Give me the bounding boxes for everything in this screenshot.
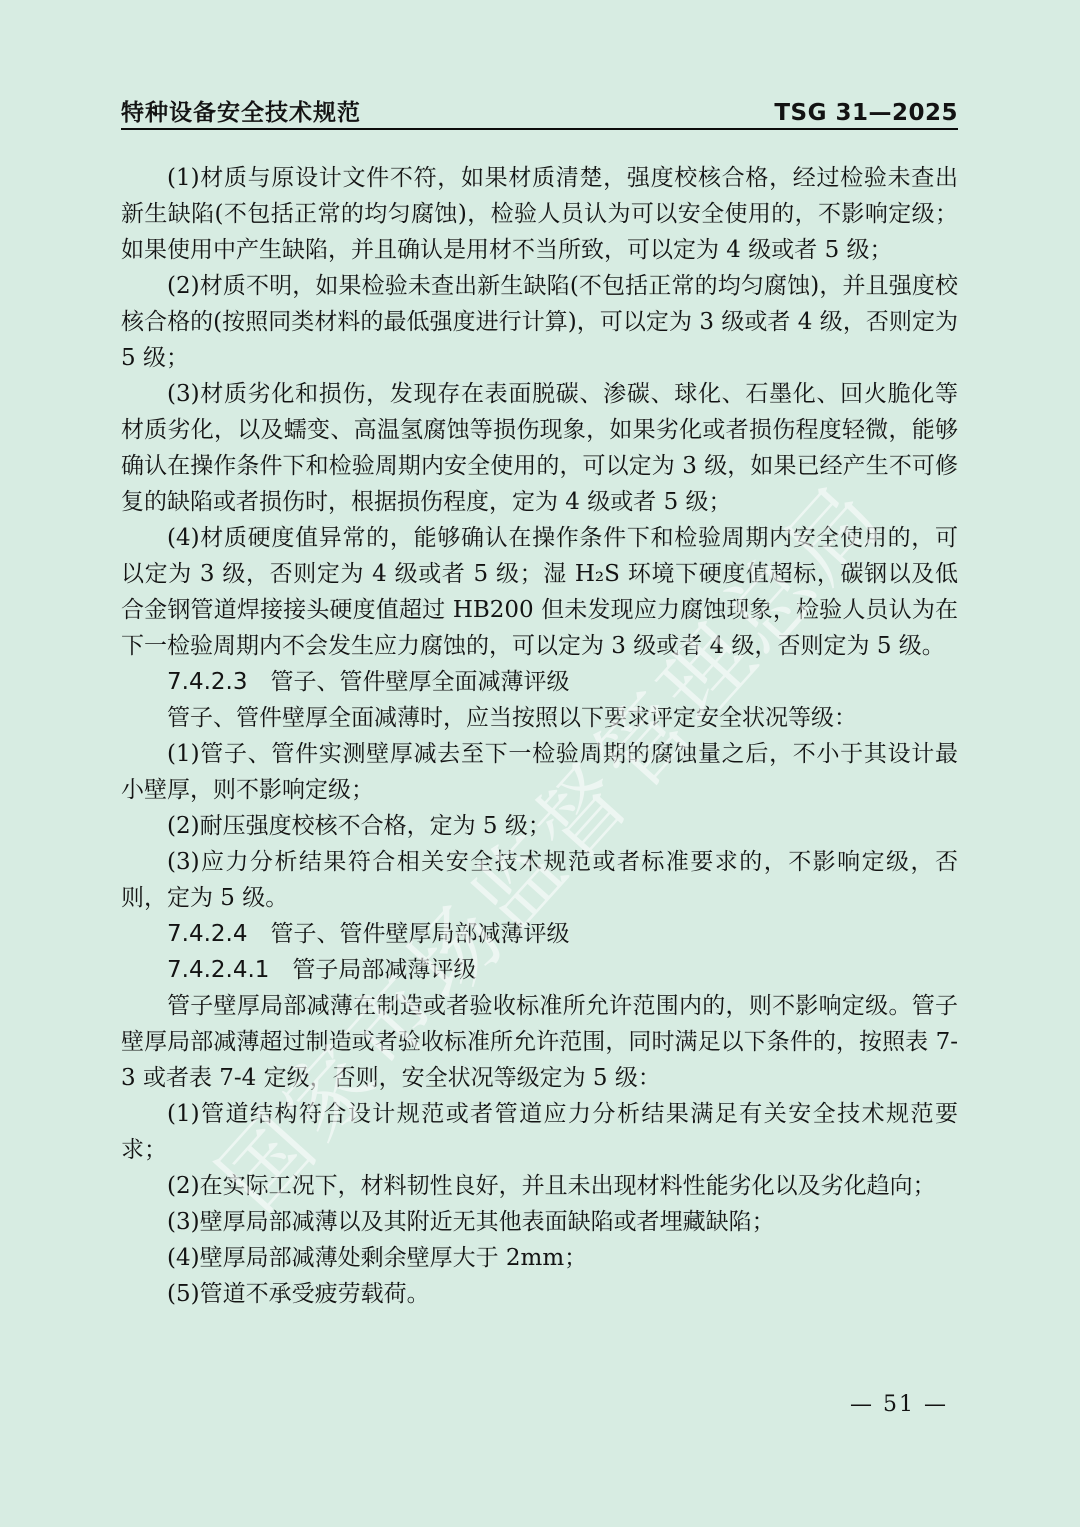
paragraph-local-item-3: (3)壁厚局部减薄以及其附近无其他表面缺陷或者埋藏缺陷； <box>121 1204 958 1240</box>
paragraph-local-item-1: (1)管道结构符合设计规范或者管道应力分析结果满足有关安全技术规范要求； <box>121 1096 958 1168</box>
section-heading-7424: 7.4.2.4 管子、管件壁厚局部减薄评级 <box>121 916 958 952</box>
paragraph-overall-thinning-intro: 管子、管件壁厚全面减薄时，应当按照以下要求评定安全状况等级： <box>121 700 958 736</box>
page-number: — 51 — <box>850 1392 948 1417</box>
paragraph-hardness-abnormal: (4)材质硬度值异常的，能够确认在操作条件下和检验周期内安全使用的，可以定为 3… <box>121 520 958 664</box>
paragraph-overall-item-3: (3)应力分析结果符合相关安全技术规范或者标准要求的，不影响定级，否则，定为 5… <box>121 844 958 916</box>
document-body: (1)材质与原设计文件不符，如果材质清楚，强度校核合格，经过检验未查出新生缺陷(… <box>121 160 958 1312</box>
paragraph-material-degradation: (3)材质劣化和损伤，发现存在表面脱碳、渗碳、球化、石墨化、回火脆化等材质劣化，… <box>121 376 958 520</box>
document-page: 特种设备安全技术规范 TSG 31—2025 (1)材质与原设计文件不符，如果材… <box>0 0 1080 1527</box>
paragraph-material-mismatch: (1)材质与原设计文件不符，如果材质清楚，强度校核合格，经过检验未查出新生缺陷(… <box>121 160 958 268</box>
section-heading-7423: 7.4.2.3 管子、管件壁厚全面减薄评级 <box>121 664 958 700</box>
paragraph-local-item-2: (2)在实际工况下，材料韧性良好，并且未出现材料性能劣化以及劣化趋向； <box>121 1168 958 1204</box>
paragraph-local-item-5: (5)管道不承受疲劳载荷。 <box>121 1276 958 1312</box>
page-header: 特种设备安全技术规范 TSG 31—2025 <box>121 94 958 127</box>
header-document-code: TSG 31—2025 <box>774 100 958 126</box>
paragraph-overall-item-2: (2)耐压强度校核不合格，定为 5 级； <box>121 808 958 844</box>
section-heading-74241: 7.4.2.4.1 管子局部减薄评级 <box>121 952 958 988</box>
paragraph-local-thinning-intro: 管子壁厚局部减薄在制造或者验收标准所允许范围内的，则不影响定级。管子壁厚局部减薄… <box>121 988 958 1096</box>
paragraph-local-item-4: (4)壁厚局部减薄处剩余壁厚大于 2mm； <box>121 1240 958 1276</box>
header-title: 特种设备安全技术规范 <box>121 94 361 127</box>
header-divider <box>121 128 958 130</box>
paragraph-overall-item-1: (1)管子、管件实测壁厚减去至下一检验周期的腐蚀量之后，不小于其设计最小壁厚，则… <box>121 736 958 808</box>
paragraph-material-unknown: (2)材质不明，如果检验未查出新生缺陷(不包括正常的均匀腐蚀)，并且强度校核合格… <box>121 268 958 376</box>
